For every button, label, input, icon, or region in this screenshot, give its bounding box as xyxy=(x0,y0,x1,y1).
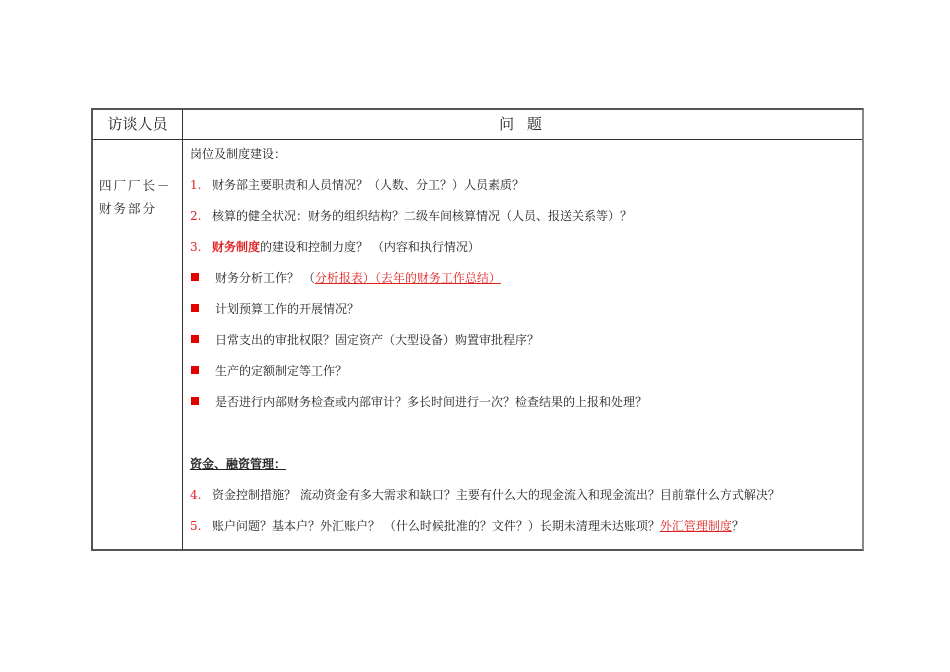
list-item: 财务分析工作？ （分析报表）（去年的财务工作总结） xyxy=(190,270,501,286)
list-item: 生产的定额制定等工作？ xyxy=(190,363,347,379)
interviewee-line2: 财务部分 xyxy=(99,197,179,220)
link-forex-policy[interactable]: 外汇管理制度 xyxy=(660,519,732,533)
item-number: 5. xyxy=(190,518,212,534)
table-header-row: 访谈人员 问 题 xyxy=(93,110,862,140)
highlight-text: 财务制度 xyxy=(212,240,260,254)
interview-table: 访谈人员 问 题 四厂厂长－ 财务部分 岗位及制度建设： 1.财务部主要职责和人… xyxy=(91,108,864,551)
item-number: 1. xyxy=(190,177,212,193)
item-text: 资金控制措施？ 流动资金有多大需求和缺口？主要有什么大的现金流入和现金流出？目前… xyxy=(212,488,780,502)
item-tail: ？ xyxy=(732,519,744,533)
list-item: 计划预算工作的开展情况？ xyxy=(190,301,359,317)
section-title-funds: 资金、融资管理： xyxy=(190,456,286,472)
header-interviewee: 访谈人员 xyxy=(93,110,182,139)
item-text: 是否进行内部财务检查或内部审计？多长时间进行一次？检查结果的上报和处理？ xyxy=(215,395,647,409)
item-text: 账户问题？基本户？外汇账户？ （什么时候批准的？文件？）长期未清理未达账项？ xyxy=(212,519,660,533)
interviewee-cell: 四厂厂长－ 财务部分 xyxy=(99,174,179,220)
item-text: 生产的定额制定等工作？ xyxy=(215,364,347,378)
link-mid[interactable]: ） xyxy=(363,271,375,285)
item-number: 3. xyxy=(190,239,212,255)
red-square-bullet-icon xyxy=(191,397,199,405)
item-text: 核算的健全状况：财务的组织结构？二级车间核算情况（人员、报送关系等）？ xyxy=(212,209,632,223)
list-item: 3.财务制度的建设和控制力度？ （内容和执行情况） xyxy=(190,239,480,255)
item-text: 财务部主要职责和人员情况？（人数、分工？）人员素质？ xyxy=(212,178,524,192)
column-divider xyxy=(182,110,183,549)
list-item: 1.财务部主要职责和人员情况？（人数、分工？）人员素质？ xyxy=(190,177,524,193)
header-questions: 问 题 xyxy=(183,110,862,139)
list-item: 2.核算的健全状况：财务的组织结构？二级车间核算情况（人员、报送关系等）？ xyxy=(190,208,632,224)
item-text: 计划预算工作的开展情况？ xyxy=(215,302,359,316)
list-item: 5.账户问题？基本户？外汇账户？ （什么时候批准的？文件？）长期未清理未达账项？… xyxy=(190,518,744,534)
red-square-bullet-icon xyxy=(191,304,199,312)
section-title-positions: 岗位及制度建设： xyxy=(190,146,286,162)
link-last-year-summary[interactable]: （去年的财务工作总结） xyxy=(375,271,501,285)
link-analysis-report[interactable]: 分析报表 xyxy=(315,271,363,285)
list-item: 日常支出的审批权限？固定资产（大型设备）购置审批程序？ xyxy=(190,332,539,348)
item-text: 财务分析工作？ （ xyxy=(215,271,315,285)
list-item: 4.资金控制措施？ 流动资金有多大需求和缺口？主要有什么大的现金流入和现金流出？… xyxy=(190,487,780,503)
item-text: 的建设和控制力度？ （内容和执行情况） xyxy=(260,240,480,254)
red-square-bullet-icon xyxy=(191,366,199,374)
item-number: 2. xyxy=(190,208,212,224)
interviewee-line1: 四厂厂长－ xyxy=(99,174,179,197)
item-number: 4. xyxy=(190,487,212,503)
red-square-bullet-icon xyxy=(191,335,199,343)
red-square-bullet-icon xyxy=(191,273,199,281)
item-text: 日常支出的审批权限？固定资产（大型设备）购置审批程序？ xyxy=(215,333,539,347)
list-item: 是否进行内部财务检查或内部审计？多长时间进行一次？检查结果的上报和处理？ xyxy=(190,394,647,410)
